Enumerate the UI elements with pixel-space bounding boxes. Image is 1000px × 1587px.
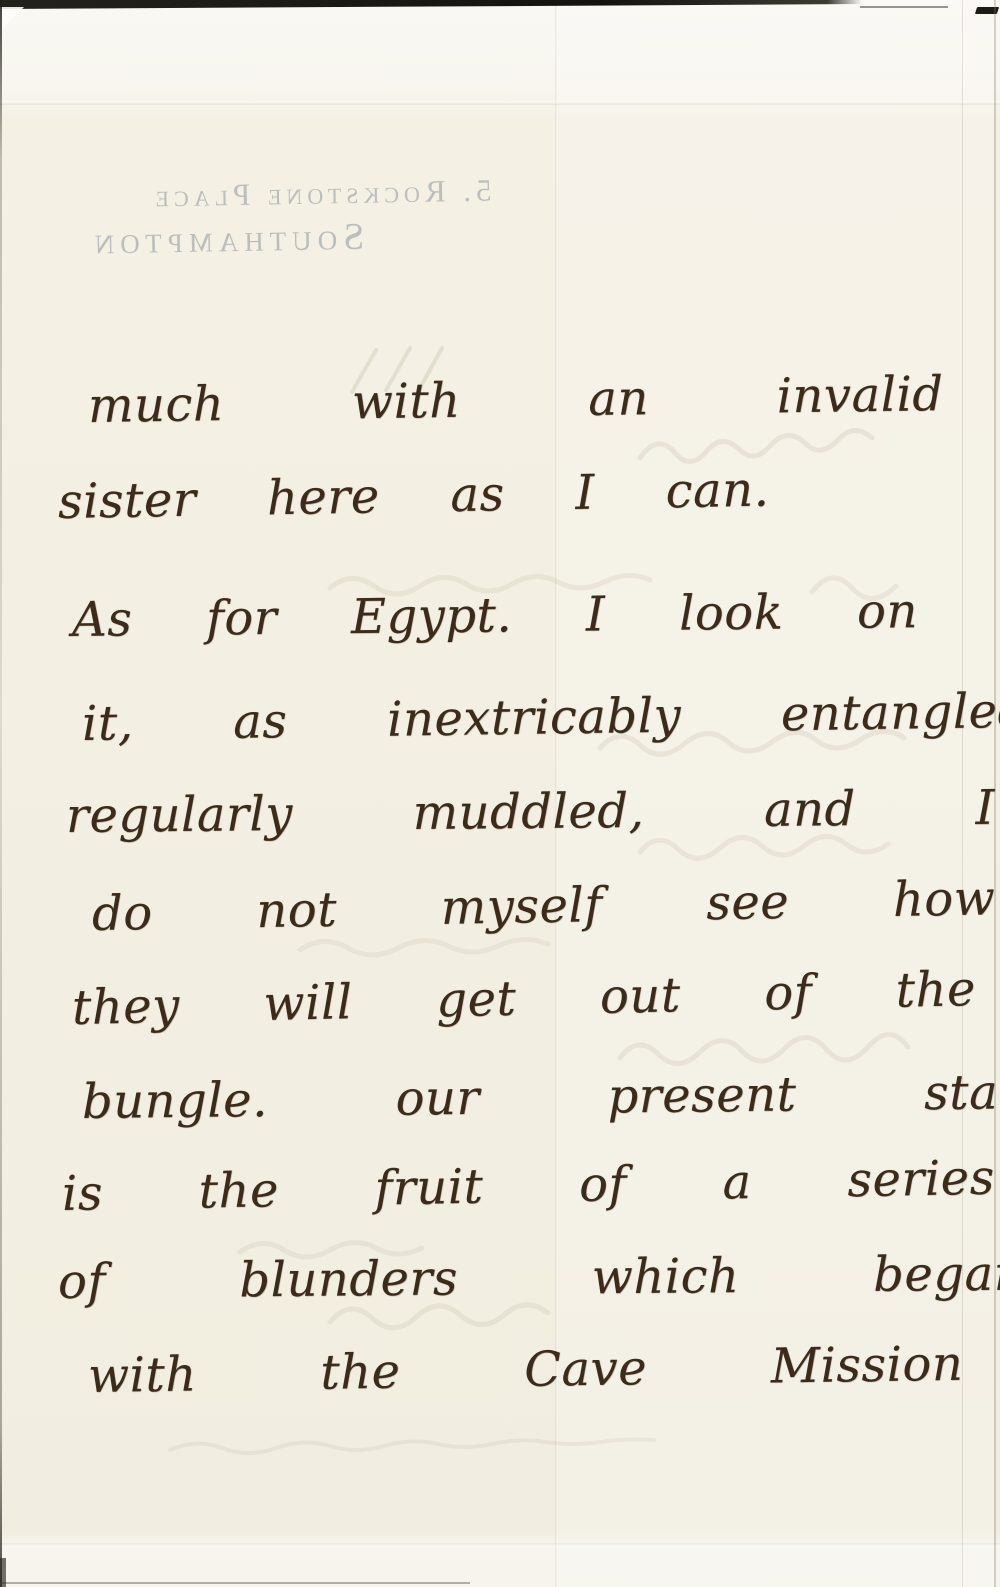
manuscript-line-1: much with an invalid — [88, 366, 944, 434]
manuscript-line-5: regularly muddled, and I — [66, 780, 995, 844]
manuscript-line-3: As for Egypt. I look on — [72, 583, 918, 648]
bleed-stroke — [170, 1439, 654, 1453]
bleed-stroke — [640, 430, 872, 461]
manuscript-line-8: bungle. our present state — [82, 1064, 1000, 1130]
bleed-stroke — [330, 1305, 548, 1328]
bleed-stroke — [620, 1035, 908, 1064]
letter-page-scan: 5. Rockstone Place Southampton much with… — [0, 0, 1000, 1587]
bleed-stroke — [300, 939, 548, 955]
bleed-stroke — [640, 836, 888, 858]
manuscript-line-10: of blunders which began — [58, 1246, 1000, 1310]
